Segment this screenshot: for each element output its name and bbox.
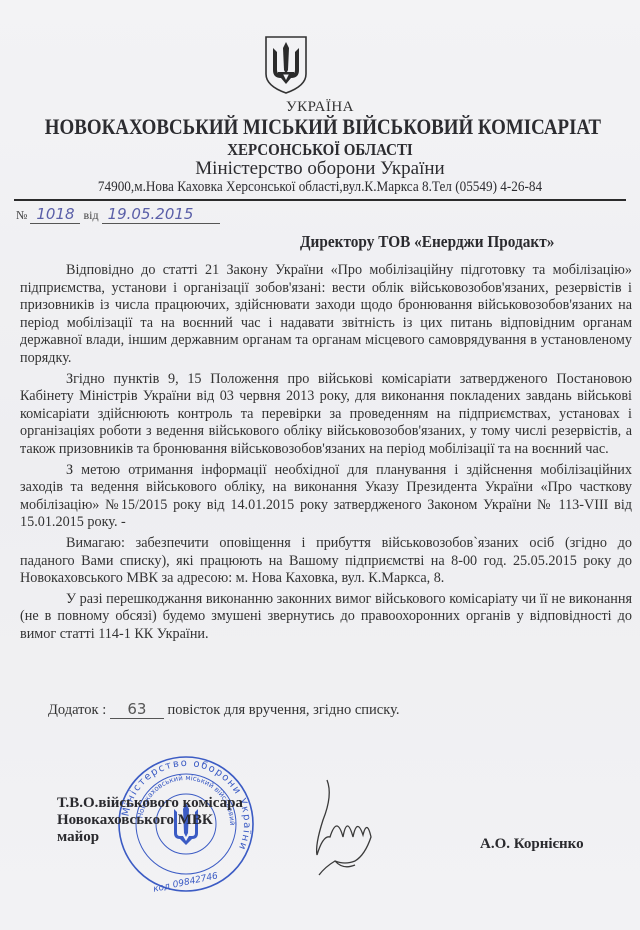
reference-date: 19.05.2015	[102, 205, 220, 224]
organization-name: НОВОКАХОВСЬКИЙ МІСЬКИЙ ВІЙСЬКОВИЙ КОМІСА…	[45, 114, 595, 140]
attachment-count: 63	[110, 700, 164, 719]
reference-line: № 1018 від 19.05.2015	[16, 205, 220, 224]
header-divider	[14, 199, 626, 201]
signature-block: Т.В.О.військового комісара Новокаховсько…	[57, 795, 243, 846]
document-page: УКРАЇНА НОВОКАХОВСЬКИЙ МІСЬКИЙ ВІЙСЬКОВИ…	[0, 0, 640, 930]
paragraph: У разі перешкоджання виконанню законних …	[20, 591, 632, 644]
paragraph: Відповідно до статті 21 Закону України «…	[20, 262, 632, 368]
attachment-label: Додаток :	[48, 702, 106, 718]
signer-rank: майор	[57, 829, 243, 846]
attachment-line: Додаток : 63 повісток для вручення, згід…	[48, 700, 400, 719]
paragraph: З метою отримання інформації необхідної …	[20, 462, 632, 532]
region-name: ХЕРСОНСЬКОЇ ОБЛАСТІ	[38, 140, 601, 160]
reference-number: 1018	[30, 205, 80, 224]
date-label: від	[83, 208, 98, 222]
signer-unit: Новокаховського МВК	[57, 812, 243, 829]
number-label: №	[16, 208, 27, 222]
paragraph: Згідно пунктів 9, 15 Положення про війсь…	[20, 371, 632, 459]
addressee: Директору ТОВ «Енерджи Продакт»	[300, 232, 554, 252]
letter-body: Відповідно до статті 21 Закону України «…	[20, 262, 632, 646]
paragraph: Вимагаю: забезпечити оповіщення і прибут…	[20, 535, 632, 588]
ministry-name: Міністерство оборони України	[0, 158, 640, 180]
attachment-text: повісток для вручення, згідно списку.	[168, 702, 400, 718]
handwritten-signature	[305, 775, 385, 885]
organization-address: 74900,м.Нова Каховка Херсонської області…	[38, 179, 601, 196]
trident-coat-of-arms-icon	[263, 34, 309, 96]
signer-title: Т.В.О.військового комісара	[57, 795, 243, 812]
signer-name: А.О. Корнієнко	[480, 836, 584, 853]
